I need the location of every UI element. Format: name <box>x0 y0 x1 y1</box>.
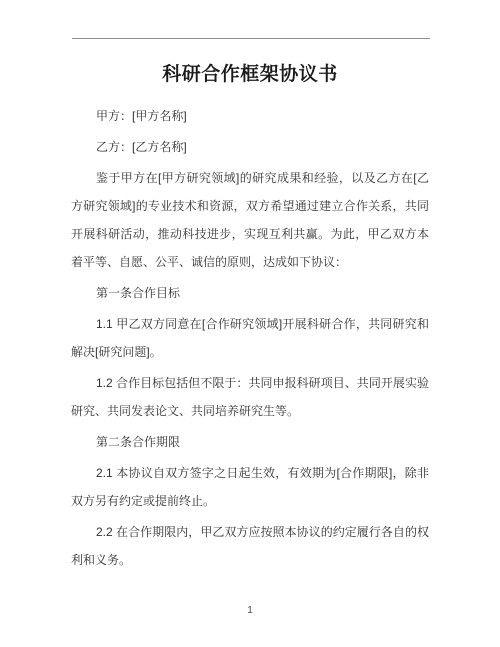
paragraph: 1.1 甲乙双方同意在[合作研究领域]开展科研合作，共同研究和解决[研究问题]。 <box>71 310 429 366</box>
paragraph: 2.2 在合作期限内，甲乙双方应按照本协议的约定履行各自的权利和义务。 <box>71 518 429 574</box>
paragraph: 甲方：[甲方名称] <box>71 102 429 130</box>
paragraph: 第二条合作期限 <box>71 428 429 456</box>
document-title: 科研合作框架协议书 <box>71 60 429 90</box>
paragraph: 1.2 合作目标包括但不限于：共同申报科研项目、共同开展实验研究、共同发表论文、… <box>71 369 429 425</box>
paragraph: 第一条合作目标 <box>71 279 429 307</box>
document-page: 科研合作框架协议书 甲方：[甲方名称]乙方：[乙方名称]鉴于甲方在[甲方研究领域… <box>0 0 500 647</box>
paragraph: 鉴于甲方在[甲方研究领域]的研究成果和经验，以及乙方在[乙方研究领域]的专业技术… <box>71 164 429 276</box>
document-body: 甲方：[甲方名称]乙方：[乙方名称]鉴于甲方在[甲方研究领域]的研究成果和经验，… <box>71 102 429 574</box>
paragraph: 乙方：[乙方名称] <box>71 133 429 161</box>
page-number: 1 <box>0 604 500 618</box>
header-divider-line <box>72 38 430 39</box>
paragraph: 2.1 本协议自双方签字之日起生效，有效期为[合作期限]，除非双方另有约定或提前… <box>71 459 429 515</box>
